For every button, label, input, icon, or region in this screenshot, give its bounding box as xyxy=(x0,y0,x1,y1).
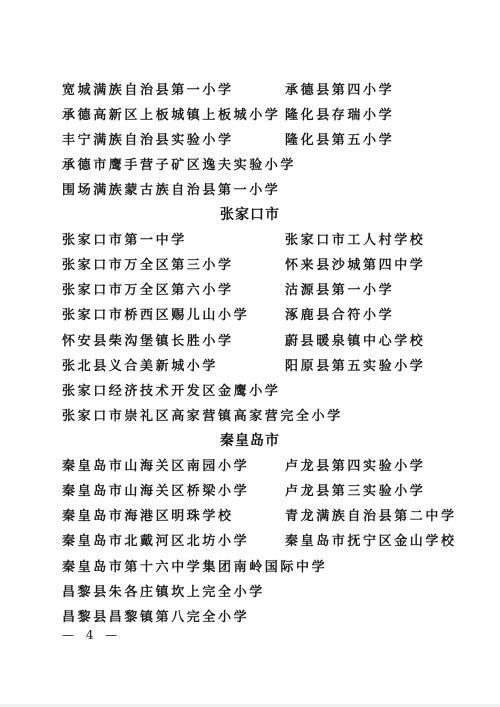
school-name: 秦皇岛市海港区明珠学校 xyxy=(62,504,234,529)
school-name: 蔚县暖泉镇中心学校 xyxy=(285,329,425,354)
school-name: 隆化县第五小学 xyxy=(285,128,394,153)
school-name: 张北县义合美新城小学 xyxy=(62,354,218,379)
section-heading-zhangjiakou: 张家口市 xyxy=(0,203,500,228)
school-name: 秦皇岛市山海关区南园小学 xyxy=(62,454,249,479)
school-name: 涿鹿县合符小学 xyxy=(285,303,394,328)
school-name: 围场满族蒙古族自治县第一小学 xyxy=(62,178,280,203)
school-name: 张家口市万全区第三小学 xyxy=(62,253,234,278)
school-name: 宽城满族自治县第一小学 xyxy=(62,78,234,103)
page-number: — 4 — xyxy=(62,625,121,645)
school-name: 张家口市第一中学 xyxy=(62,228,187,253)
section-heading-qinhuangdao: 秦皇岛市 xyxy=(0,429,500,454)
school-name: 阳原县第五实验小学 xyxy=(285,354,425,379)
school-name: 张家口市桥西区赐儿山小学 xyxy=(62,303,249,328)
school-name: 张家口市工人村学校 xyxy=(285,228,425,253)
school-name: 昌黎县朱各庄镇坎上完全小学 xyxy=(62,580,265,605)
school-name: 秦皇岛市抚宁区金山学校 xyxy=(285,529,457,554)
school-name: 秦皇岛市山海关区桥梁小学 xyxy=(62,479,249,504)
school-name: 沽源县第一小学 xyxy=(285,278,394,303)
school-name: 隆化县存瑞小学 xyxy=(285,103,394,128)
school-name: 承德高新区上板城镇上板城小学 xyxy=(62,103,280,128)
school-name: 张家口市崇礼区高家营镇高家营完全小学 xyxy=(62,404,343,429)
school-name: 承德县第四小学 xyxy=(285,78,394,103)
school-name: 怀安县柴沟堡镇长胜小学 xyxy=(62,329,234,354)
school-name: 张家口市万全区第六小学 xyxy=(62,278,234,303)
school-name: 卢龙县第四实验小学 xyxy=(285,454,425,479)
document-page: 宽城满族自治县第一小学 承德县第四小学 承德高新区上板城镇上板城小学 隆化县存瑞… xyxy=(0,0,500,707)
school-name: 卢龙县第三实验小学 xyxy=(285,479,425,504)
school-name: 承德市鹰手营子矿区逸夫实验小学 xyxy=(62,153,296,178)
school-name: 丰宁满族自治县实验小学 xyxy=(62,128,234,153)
school-name: 秦皇岛市第十六中学集团南岭国际中学 xyxy=(62,555,327,580)
school-name: 张家口经济技术开发区金鹰小学 xyxy=(62,379,280,404)
school-name: 秦皇岛市北戴河区北坊小学 xyxy=(62,529,249,554)
school-name: 青龙满族自治县第二中学 xyxy=(285,504,457,529)
school-name: 怀来县沙城第四中学 xyxy=(285,253,425,278)
